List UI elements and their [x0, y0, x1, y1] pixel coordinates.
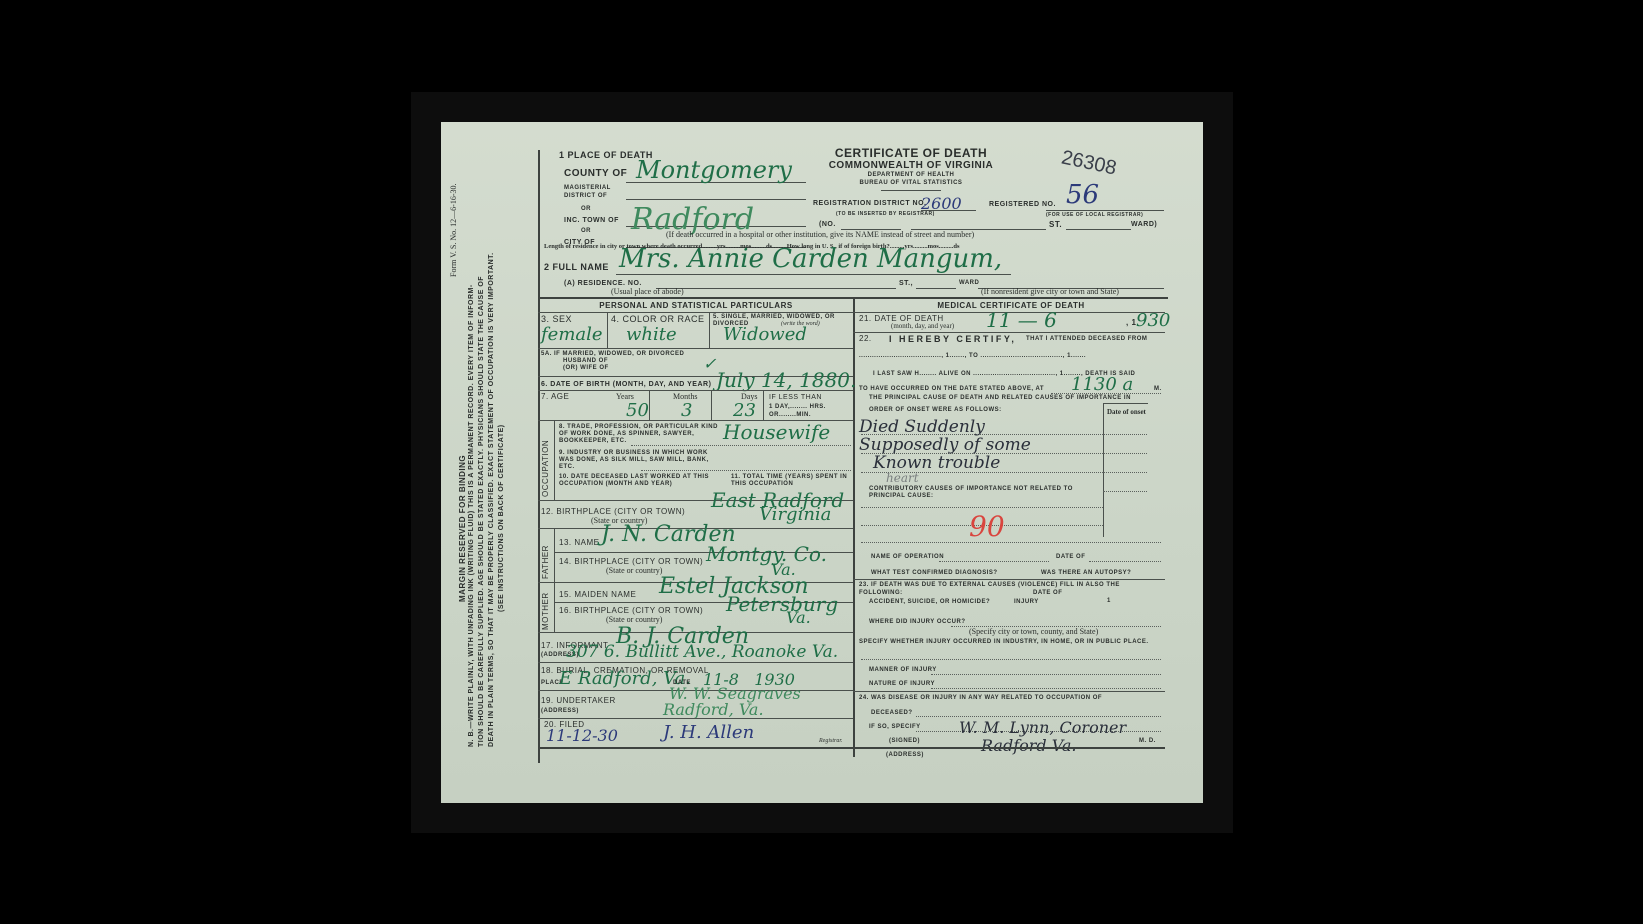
rule	[853, 332, 1165, 333]
spouse-value: ✓	[703, 354, 716, 373]
certify-label: I HEREBY CERTIFY,	[889, 334, 1016, 344]
full-name-value: Mrs. Annie Carden Mangum,	[619, 244, 1002, 274]
cause-line-4: heart	[886, 471, 919, 485]
date-of-death-value: 11 — 6	[986, 308, 1057, 332]
deceased-label: DECEASED?	[871, 710, 913, 716]
manner-label: MANNER OF INJURY	[869, 667, 937, 673]
instructions-line-1: N. B.—WRITE PLAINLY, WITH UNFADING INK (…	[468, 284, 475, 747]
mother-birthplace-label: 16. BIRTHPLACE (city or town)	[559, 606, 703, 615]
mother-birthplace-value: Petersburg	[726, 592, 838, 616]
cause-label-line2: ORDER OF ONSET WERE AS FOLLOWS:	[869, 407, 1002, 413]
form-number: Form V. S. No. 12—6-16-30.	[449, 184, 458, 278]
cause-line-2: Supposedly of some	[859, 435, 1031, 455]
dob-label: 6. DATE OF BIRTH (month, day, and year)	[541, 381, 711, 388]
rule	[853, 747, 1165, 749]
certify-rest: THAT I ATTENDED DECEASED FROM	[1026, 336, 1147, 342]
onset-line	[1103, 491, 1147, 492]
less-than-label: IF LESS THAN	[769, 394, 822, 401]
undertaker-address-value: Radford, Va.	[663, 700, 764, 719]
injury-label: INJURY	[1014, 599, 1039, 605]
md-label: M. D.	[1139, 738, 1156, 744]
age-years-value: 50	[626, 400, 649, 421]
registered-line	[1046, 210, 1164, 211]
classification-code: 90	[969, 510, 1005, 543]
undertaker-label: 19. UNDERTAKER	[541, 696, 616, 705]
registrar-label: Registrar.	[819, 738, 843, 744]
birthplace-state-value: Virginia	[759, 504, 831, 525]
injury-place-label: SPECIFY WHETHER INJURY OCCURRED IN INDUS…	[859, 638, 1159, 646]
date-of-death-note: (month, day, and year)	[891, 322, 954, 330]
specify-label: IF SO, SPECIFY	[869, 724, 921, 730]
rule	[641, 470, 851, 471]
department-name: DEPARTMENT OF HEALTH	[821, 172, 1001, 178]
cause-label-line1: THE PRINCIPAL CAUSE OF DEATH AND RELATED…	[869, 395, 1131, 401]
registration-district-label: REGISTRATION DISTRICT No.	[813, 200, 926, 207]
rule	[853, 579, 1165, 580]
cause-line	[861, 507, 1103, 508]
cause-line-3: Known trouble	[873, 453, 1000, 473]
physician-signature: W. M. Lynn, Coroner	[959, 718, 1126, 737]
rule	[631, 445, 851, 446]
rule	[1089, 561, 1161, 562]
mother-maiden-label: 15. MAIDEN NAME	[559, 590, 636, 599]
undertaker-address-label: (ADDRESS)	[541, 708, 579, 714]
instructions-line-2: TION SHOULD BE CAREFULLY SUPPLIED. AGE S…	[478, 276, 485, 747]
test-label: WHAT TEST CONFIRMED DIAGNOSIS?	[871, 570, 998, 576]
rule	[916, 716, 1161, 717]
time-of-death-value: 1130 a	[1071, 374, 1133, 395]
birthplace-label: 12. BIRTHPLACE (city or town)	[541, 507, 685, 516]
rule	[538, 348, 853, 349]
hospital-note: (If death occurred in a hospital or othe…	[666, 230, 974, 239]
onset-header: Date of onset	[1107, 408, 1146, 416]
rule	[939, 561, 1049, 562]
binding-margin-note: MARGIN RESERVED FOR BINDING	[458, 455, 467, 602]
sex-label: 3. SEX	[541, 314, 572, 324]
mother-state-value: Va.	[786, 608, 811, 627]
rule	[554, 582, 555, 632]
street-no-label: (No.	[819, 221, 836, 228]
father-state-label: (State or country)	[606, 566, 662, 575]
less-day-label: 1 DAY,........ HRS.	[769, 404, 826, 410]
wife-of-label: (OR) WIFE OF	[563, 365, 609, 371]
father-name-label: 13. NAME	[559, 538, 599, 547]
filed-date-value: 11-12-30	[546, 726, 618, 745]
residence-line	[656, 288, 896, 289]
nonresident-note: (If nonresident give city or town and St…	[981, 287, 1119, 296]
personal-header: PERSONAL AND STATISTICAL PARTICULARS	[541, 301, 851, 310]
father-birthplace-label: 14. BIRTHPLACE (city or town)	[559, 557, 703, 566]
date-of-death-year: 930	[1136, 310, 1170, 331]
physician-address-value: Radford Va.	[981, 736, 1076, 755]
certify-number: 22.	[859, 334, 872, 343]
state-name: COMMONWEALTH OF VIRGINIA	[786, 160, 1036, 171]
residence-ward-label: WARD	[959, 280, 979, 286]
father-birthplace-value: Montgy. Co.	[706, 542, 827, 566]
informant-address-value: 307 6. Bullitt Ave., Roanoke Va.	[566, 642, 838, 662]
street-label: ST.	[1049, 220, 1062, 229]
rule	[853, 691, 1165, 692]
column-divider	[853, 297, 855, 757]
occurred-label: TO HAVE OCCURRED ON THE DATE STATED ABOV…	[859, 386, 1044, 392]
residence-st-line	[916, 288, 956, 289]
or-text: OR	[581, 206, 591, 212]
date-of-death-year-prefix: , 1	[1126, 318, 1136, 327]
title-underline	[881, 190, 941, 191]
residence-label: (A) RESIDENCE. NO.	[564, 280, 642, 287]
rule	[861, 542, 1161, 543]
husband-of-label: HUSBAND OF	[563, 358, 608, 364]
spouse-label: 5A. IF MARRIED, WIDOWED, OR DIVORCED	[541, 351, 684, 357]
instructions-line-3: DEATH IN PLAIN TERMS, SO THAT IT MAY BE …	[488, 252, 495, 747]
rule	[649, 390, 650, 420]
signed-label: (SIGNED)	[889, 738, 920, 744]
attended-range-line: ......................................, …	[859, 353, 1086, 359]
residence-st-label: ST.,	[899, 280, 913, 287]
onset-line	[1103, 472, 1147, 473]
rule	[554, 420, 555, 500]
residence-note: (Usual place of abode)	[611, 287, 684, 296]
registered-no-label: REGISTERED No.	[989, 201, 1056, 208]
ward-label: WARD)	[1131, 221, 1157, 228]
ward-line	[1066, 229, 1131, 230]
rule	[538, 312, 853, 313]
time-suffix: M.	[1154, 386, 1162, 392]
contributory-label: CONTRIBUTORY CAUSES OF IMPORTANCE NOT RE…	[869, 486, 1099, 500]
district-note: (TO BE INSERTED BY REGISTRAR)	[836, 211, 935, 217]
age-days-value: 23	[733, 400, 756, 421]
operation-date-label: DATE OF	[1056, 554, 1085, 560]
mother-side-label: MOTHER	[541, 592, 550, 630]
occupation-related-label: 24. WAS DISEASE OR INJURY IN ANY WAY REL…	[859, 695, 1102, 701]
bureau-name: BUREAU OF VITAL STATISTICS	[821, 180, 1001, 186]
or-text: OR	[581, 228, 591, 234]
registered-value: 56	[1066, 180, 1099, 210]
injury-date-label: DATE OF	[1033, 590, 1062, 596]
nature-label: NATURE OF INJURY	[869, 681, 935, 687]
rule	[709, 312, 710, 348]
where-injury-label: WHERE DID INJURY OCCUR?	[869, 619, 966, 625]
cause-line-1: Died Suddenly	[859, 417, 985, 437]
rule	[763, 390, 764, 420]
operation-label: NAME OF OPERATION	[871, 554, 944, 560]
trade-label: 8. TRADE, PROFESSION, OR PARTICULAR KIND…	[559, 424, 719, 445]
rule	[538, 662, 853, 663]
age-months-value: 3	[681, 400, 692, 421]
autopsy-label: WAS THERE AN AUTOPSY?	[1041, 570, 1131, 576]
sex-value: female	[541, 324, 603, 345]
stamp-number: 26308	[1059, 146, 1118, 180]
injury-year: 1	[1107, 598, 1111, 604]
form-left-border	[538, 150, 540, 763]
full-name-line	[616, 274, 1011, 275]
total-time-label: 11. TOTAL TIME (YEARS) SPENT IN THIS OCC…	[731, 474, 851, 488]
registrar-signature: J. H. Allen	[663, 722, 754, 743]
less-min-label: OR........MIN.	[769, 412, 811, 418]
rule	[931, 688, 1161, 689]
magisterial-line	[626, 199, 806, 200]
full-name-label: 2 FULL NAME	[544, 262, 609, 272]
county-value: Montgomery	[636, 156, 792, 184]
trade-value: Housewife	[723, 420, 830, 444]
magisterial-label: MAGISTERIAL DISTRICT OF	[564, 184, 624, 200]
town-label: INC. TOWN OF	[564, 217, 619, 224]
rule	[538, 390, 853, 391]
rule	[554, 528, 555, 582]
registered-note: (FOR USE OF LOCAL REGISTRAR)	[1046, 212, 1143, 218]
death-certificate: Form V. S. No. 12—6-16-30. MARGIN RESERV…	[441, 122, 1203, 803]
rule	[711, 390, 712, 420]
onset-line	[1103, 453, 1147, 454]
onset-column	[1103, 403, 1148, 537]
certificate-title: CERTIFICATE OF DEATH	[801, 146, 1021, 160]
rule	[607, 312, 608, 348]
county-label: COUNTY OF	[564, 168, 627, 179]
father-side-label: FATHER	[541, 545, 550, 579]
accident-label: ACCIDENT, SUICIDE, OR HOMICIDE?	[869, 599, 990, 605]
rule	[538, 718, 853, 719]
external-causes-label: 23. IF DEATH WAS DUE TO EXTERNAL CAUSES …	[859, 581, 1164, 597]
mother-state-label: (State or country)	[606, 615, 662, 624]
rule	[861, 659, 1161, 660]
race-value: white	[626, 324, 677, 345]
race-label: 4. COLOR OR RACE	[611, 314, 705, 324]
marital-value: Widowed	[723, 324, 807, 345]
occupation-side-label: OCCUPATION	[541, 440, 550, 497]
rule	[931, 674, 1161, 675]
rule	[538, 747, 853, 749]
instructions-line-4: (SEE INSTRUCTIONS ON BACK OF CERTIFICATE…	[498, 424, 505, 612]
age-label: 7. AGE	[541, 392, 569, 401]
industry-label: 9. INDUSTRY OR BUSINESS IN WHICH WORK WA…	[559, 450, 724, 471]
physician-address-label: (ADDRESS)	[886, 752, 924, 758]
where-injury-note: (Specify city or town, county, and State…	[969, 627, 1098, 636]
dob-value: July 14, 1880.	[716, 368, 856, 392]
onset-line	[1103, 434, 1147, 435]
last-worked-label: 10. DATE DECEASED LAST WORKED AT THIS OC…	[559, 474, 719, 488]
